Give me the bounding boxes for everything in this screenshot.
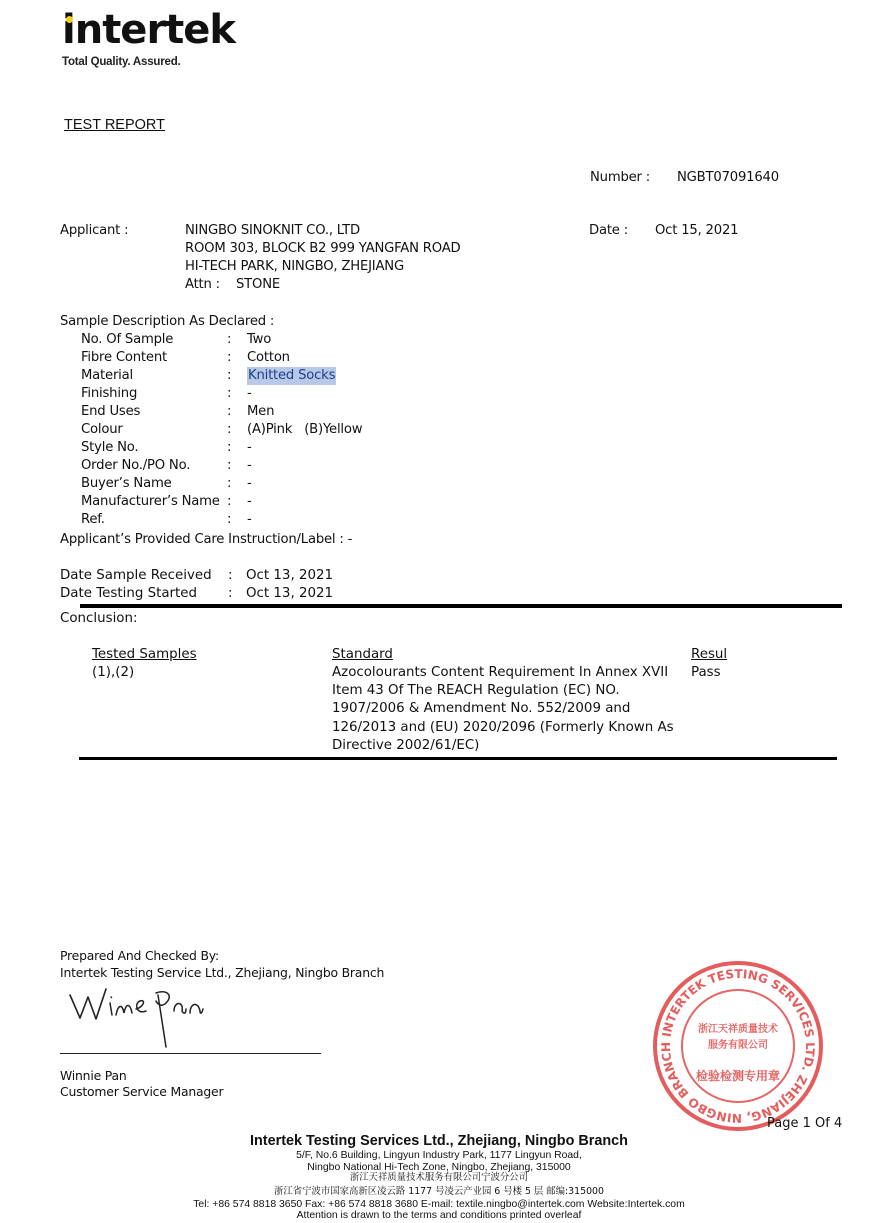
signature-line xyxy=(60,1053,321,1054)
page-indicator: Page 1 Of 4 xyxy=(767,1116,842,1131)
conclusion-heading: Conclusion: xyxy=(60,610,138,628)
sample-field-value: - xyxy=(247,475,252,493)
separator-colon: : xyxy=(227,493,247,511)
footer-address-line: 5/F, No.6 Building, Lingyun Industry Par… xyxy=(0,1150,878,1162)
standard-text: Azocolourants Content Requirement In Ann… xyxy=(332,664,674,755)
separator-colon: : xyxy=(227,457,247,475)
report-date-label: Date : xyxy=(589,222,628,240)
sample-field-label: End Uses xyxy=(81,403,227,421)
report-number-label: Number : xyxy=(590,169,650,187)
footer-cn-address: 浙江省宁波市国家高新区凌云路 1177 号凌云产业园 6 号楼 5 层 邮编:3… xyxy=(0,1186,878,1198)
result-value: Pass xyxy=(691,664,721,682)
sample-field-label: Style No. xyxy=(81,439,227,457)
sample-field-row: Buyer’s Name:- xyxy=(81,475,362,493)
report-date-value: Oct 15, 2021 xyxy=(655,222,738,240)
sample-field-value: Knitted Socks xyxy=(247,367,336,385)
footer-company-name: Intertek Testing Services Ltd., Zhejiang… xyxy=(0,1133,878,1149)
logo-accent-dot xyxy=(66,16,73,23)
applicant-label: Applicant : xyxy=(60,222,128,240)
sample-description-fields: No. Of Sample:TwoFibre Content:CottonMat… xyxy=(81,331,362,529)
sample-field-label: Finishing xyxy=(81,385,227,403)
company-seal-stamp: INTERTEK TESTING SERVICES LTD. ZHEJIANG,… xyxy=(652,960,824,1132)
sample-field-label: Colour xyxy=(81,421,227,439)
applicant-attn: Attn : STONE xyxy=(185,276,460,294)
separator-colon: : xyxy=(228,567,246,585)
applicant-name: NINGBO SINOKNIT CO., LTD xyxy=(185,222,460,240)
sample-field-row: Manufacturer’s Name:- xyxy=(81,493,362,511)
footer-notice: Attention is drawn to the terms and cond… xyxy=(0,1210,878,1222)
logo-tagline: Total Quality. Assured. xyxy=(62,56,235,68)
standard-line: Azocolourants Content Requirement In Ann… xyxy=(332,664,674,682)
date-started-row: Date Testing Started : Oct 13, 2021 xyxy=(60,585,333,603)
sample-field-label: No. Of Sample xyxy=(81,331,227,349)
sample-field-label: Manufacturer’s Name xyxy=(81,493,227,511)
sample-field-label: Fibre Content xyxy=(81,349,227,367)
column-header-tested-samples: Tested Samples xyxy=(92,646,197,664)
prepared-by-organization: Intertek Testing Service Ltd., Zhejiang,… xyxy=(60,964,384,982)
separator-colon: : xyxy=(227,385,247,403)
svg-text:检验检测专用章: 检验检测专用章 xyxy=(696,1068,780,1083)
separator-colon: : xyxy=(227,349,247,367)
sample-field-row: Style No.:- xyxy=(81,439,362,457)
separator-colon: : xyxy=(228,585,246,603)
separator-colon: : xyxy=(227,421,247,439)
sample-field-value: Men xyxy=(247,403,274,421)
date-received-value: Oct 13, 2021 xyxy=(246,567,333,585)
attn-label: Attn : xyxy=(185,276,236,294)
sample-field-row: No. Of Sample:Two xyxy=(81,331,362,349)
care-instruction-line: Applicant’s Provided Care Instruction/La… xyxy=(60,531,352,549)
svg-text:浙江天祥质量技术: 浙江天祥质量技术 xyxy=(698,1022,778,1035)
document-title: TEST REPORT xyxy=(64,117,165,133)
logo-wordmark: intertek xyxy=(62,8,235,52)
test-dates: Date Sample Received : Oct 13, 2021 Date… xyxy=(60,567,333,603)
report-number-value: NGBT07091640 xyxy=(677,169,779,187)
separator-colon: : xyxy=(227,331,247,349)
sample-field-label: Material xyxy=(81,367,227,385)
sample-field-row: End Uses:Men xyxy=(81,403,362,421)
column-header-standard: Standard xyxy=(332,646,393,664)
sample-field-value: - xyxy=(247,439,252,457)
sample-field-label: Buyer’s Name xyxy=(81,475,227,493)
attn-value: STONE xyxy=(236,276,280,294)
separator-colon: : xyxy=(227,367,247,385)
sample-field-row: Material:Knitted Socks xyxy=(81,367,362,385)
sample-field-value: - xyxy=(247,493,252,511)
svg-text:服务有限公司: 服务有限公司 xyxy=(708,1038,768,1051)
sample-description-heading: Sample Description As Declared : xyxy=(60,313,274,331)
sample-field-label: Ref. xyxy=(81,511,227,529)
standard-line: 126/2013 and (EU) 2020/2096 (Formerly Kn… xyxy=(332,719,674,737)
date-started-label: Date Testing Started xyxy=(60,585,228,603)
signatory-title: Customer Service Manager xyxy=(60,1083,223,1101)
sample-field-value: - xyxy=(247,385,252,403)
sample-field-value: - xyxy=(247,511,252,529)
standard-line: Directive 2002/61/EC) xyxy=(332,737,674,755)
applicant-address-line: HI-TECH PARK, NINGBO, ZHEJIANG xyxy=(185,258,460,276)
applicant-block: NINGBO SINOKNIT CO., LTD ROOM 303, BLOCK… xyxy=(185,222,460,294)
divider-rule xyxy=(79,757,837,760)
sample-field-value: Two xyxy=(247,331,271,349)
standard-line: 1907/2006 & Amendment No. 552/2009 and xyxy=(332,700,674,718)
sample-field-row: Colour:(A)Pink (B)Yellow xyxy=(81,421,362,439)
sample-field-row: Fibre Content:Cotton xyxy=(81,349,362,367)
sample-field-row: Order No./PO No.:- xyxy=(81,457,362,475)
sample-field-value: (A)Pink (B)Yellow xyxy=(247,421,362,439)
sample-field-label: Order No./PO No. xyxy=(81,457,227,475)
standard-line: Item 43 Of The REACH Regulation (EC) NO. xyxy=(332,682,674,700)
separator-colon: : xyxy=(227,475,247,493)
sample-field-value: - xyxy=(247,457,252,475)
applicant-address-line: ROOM 303, BLOCK B2 999 YANGFAN ROAD xyxy=(185,240,460,258)
divider-rule xyxy=(80,604,842,608)
date-started-value: Oct 13, 2021 xyxy=(246,585,333,603)
separator-colon: : xyxy=(227,511,247,529)
prepared-by-label: Prepared And Checked By: xyxy=(60,947,219,965)
column-header-result: Resul xyxy=(691,646,727,664)
separator-colon: : xyxy=(227,439,247,457)
date-received-label: Date Sample Received xyxy=(60,567,228,585)
footer-cn-company: 浙江天祥质量技术服务有限公司宁波分公司 xyxy=(0,1172,878,1184)
tested-samples-value: (1),(2) xyxy=(92,664,134,682)
intertek-logo: intertek Total Quality. Assured. xyxy=(62,8,235,68)
signature-image xyxy=(66,985,216,1051)
separator-colon: : xyxy=(227,403,247,421)
sample-field-value: Cotton xyxy=(247,349,290,367)
sample-field-row: Finishing:- xyxy=(81,385,362,403)
sample-field-row: Ref.:- xyxy=(81,511,362,529)
date-received-row: Date Sample Received : Oct 13, 2021 xyxy=(60,567,333,585)
